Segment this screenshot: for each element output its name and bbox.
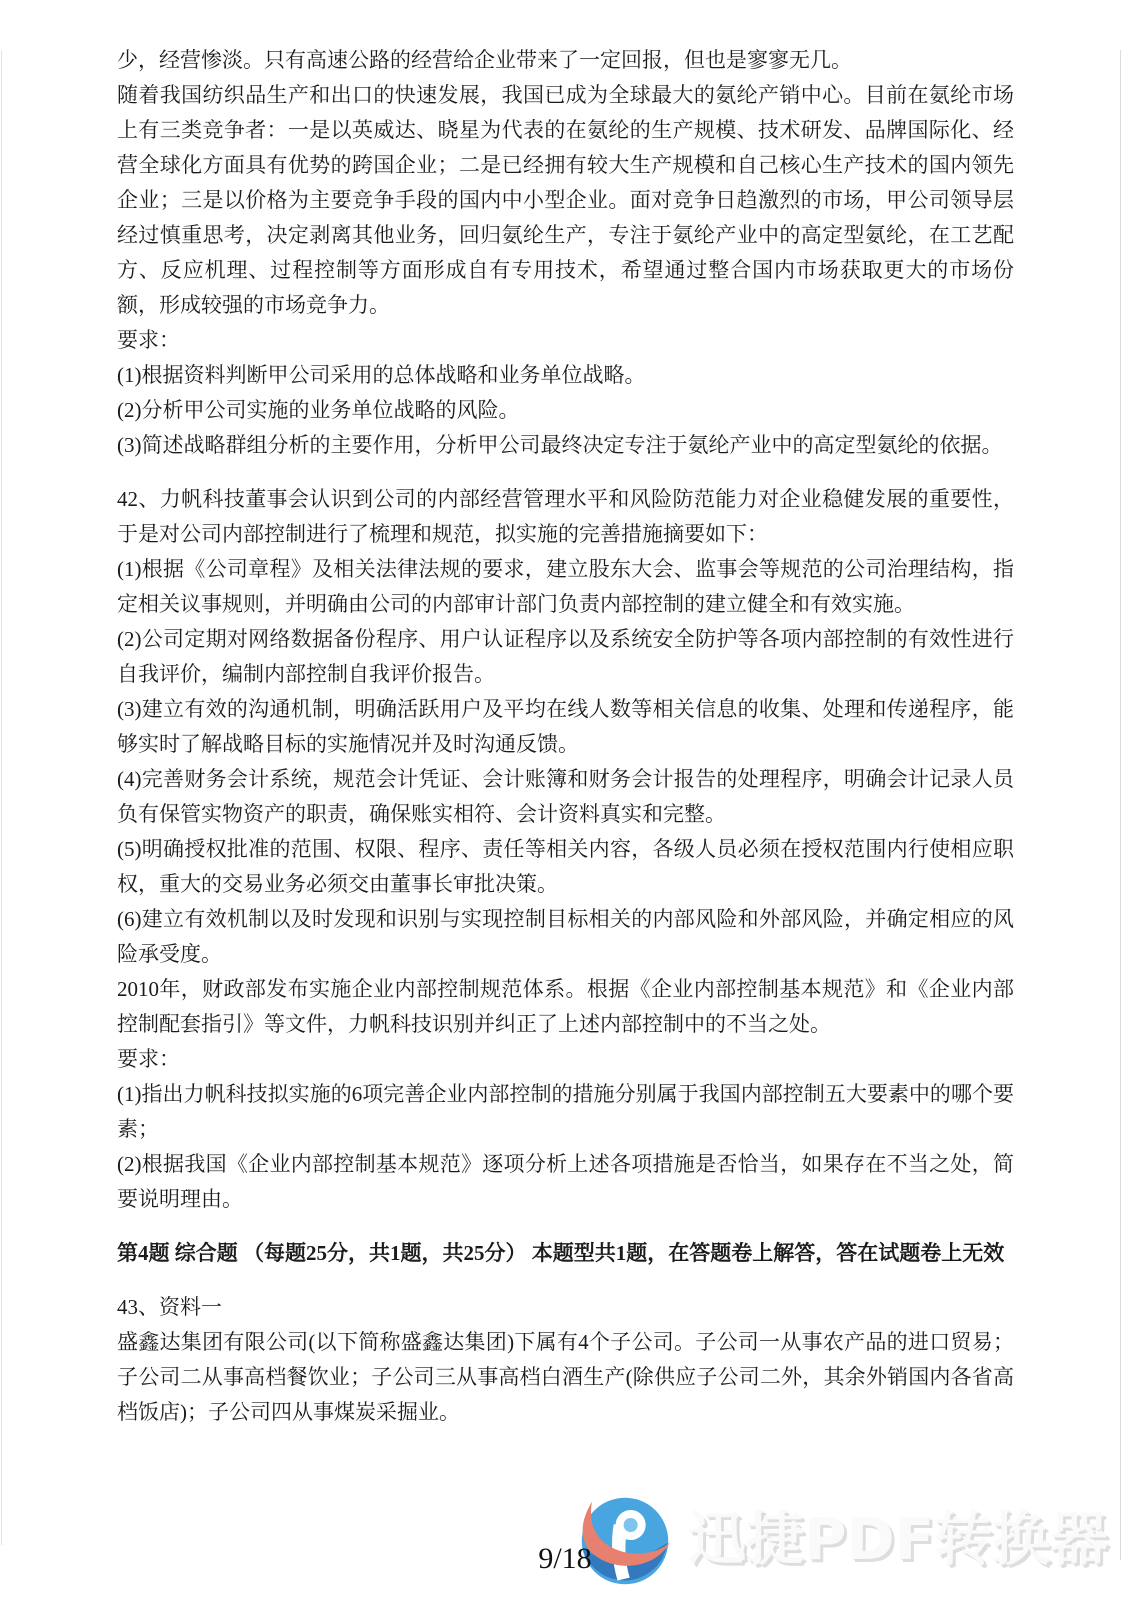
paragraph: (5)明确授权批准的范围、权限、程序、责任等相关内容，各级人员必须在授权范围内行… (117, 832, 1014, 902)
paragraph: 要求： (117, 1042, 1014, 1077)
paragraph: (2)公司定期对网络数据备份程序、用户认证程序以及系统安全防护等各项内部控制的有… (117, 622, 1014, 692)
paragraph: (2)分析甲公司实施的业务单位战略的风险。 (117, 393, 1014, 428)
logo-p-ring-hole (624, 1518, 638, 1532)
paragraph: 要求： (117, 323, 1014, 358)
section-4-header: 第4题 综合题 （每题25分，共1题，共25分） 本题型共1题，在答题卷上解答，… (117, 1236, 1014, 1271)
page-edge-left (1, 50, 2, 1545)
document-body: 少，经营惨淡。只有高速公路的经营给企业带来了一定回报，但也是寥寥无几。 随着我国… (117, 43, 1014, 1430)
page-edge-right (1120, 50, 1121, 1560)
paragraph: (3)简述战略群组分析的主要作用，分析甲公司最终决定专注于氨纶产业中的高定型氨纶… (117, 428, 1014, 463)
paragraph: 少，经营惨淡。只有高速公路的经营给企业带来了一定回报，但也是寥寥无几。 (117, 43, 1014, 78)
paragraph: (1)指出力帆科技拟实施的6项完善企业内部控制的措施分别属于我国内部控制五大要素… (117, 1077, 1014, 1147)
page-number: 9/18 (0, 1542, 1130, 1576)
paragraph: 盛鑫达集团有限公司(以下简称盛鑫达集团)下属有4个子公司。子公司一从事农产品的进… (117, 1325, 1014, 1430)
paragraph: 2010年，财政部发布实施企业内部控制规范体系。根据《企业内部控制基本规范》和《… (117, 972, 1014, 1042)
paragraph: (3)建立有效的沟通机制，明确活跃用户及平均在线人数等相关信息的收集、处理和传递… (117, 692, 1014, 762)
question-42: 42、力帆科技董事会认识到公司的内部经营管理水平和风险防范能力对企业稳健发展的重… (117, 482, 1014, 552)
paragraph: (1)根据资料判断甲公司采用的总体战略和业务单位战略。 (117, 358, 1014, 393)
question-43: 43、资料一 (117, 1290, 1014, 1325)
paragraph: 随着我国纺织品生产和出口的快速发展，我国已成为全球最大的氨纶产销中心。目前在氨纶… (117, 78, 1014, 323)
paragraph: (6)建立有效机制以及时发现和识别与实现控制目标相关的内部风险和外部风险，并确定… (117, 902, 1014, 972)
paragraph: (2)根据我国《企业内部控制基本规范》逐项分析上述各项措施是否恰当，如果存在不当… (117, 1147, 1014, 1217)
paragraph: (1)根据《公司章程》及相关法律法规的要求，建立股东大会、监事会等规范的公司治理… (117, 552, 1014, 622)
paragraph: (4)完善财务会计系统，规范会计凭证、会计账簿和财务会计报告的处理程序，明确会计… (117, 762, 1014, 832)
